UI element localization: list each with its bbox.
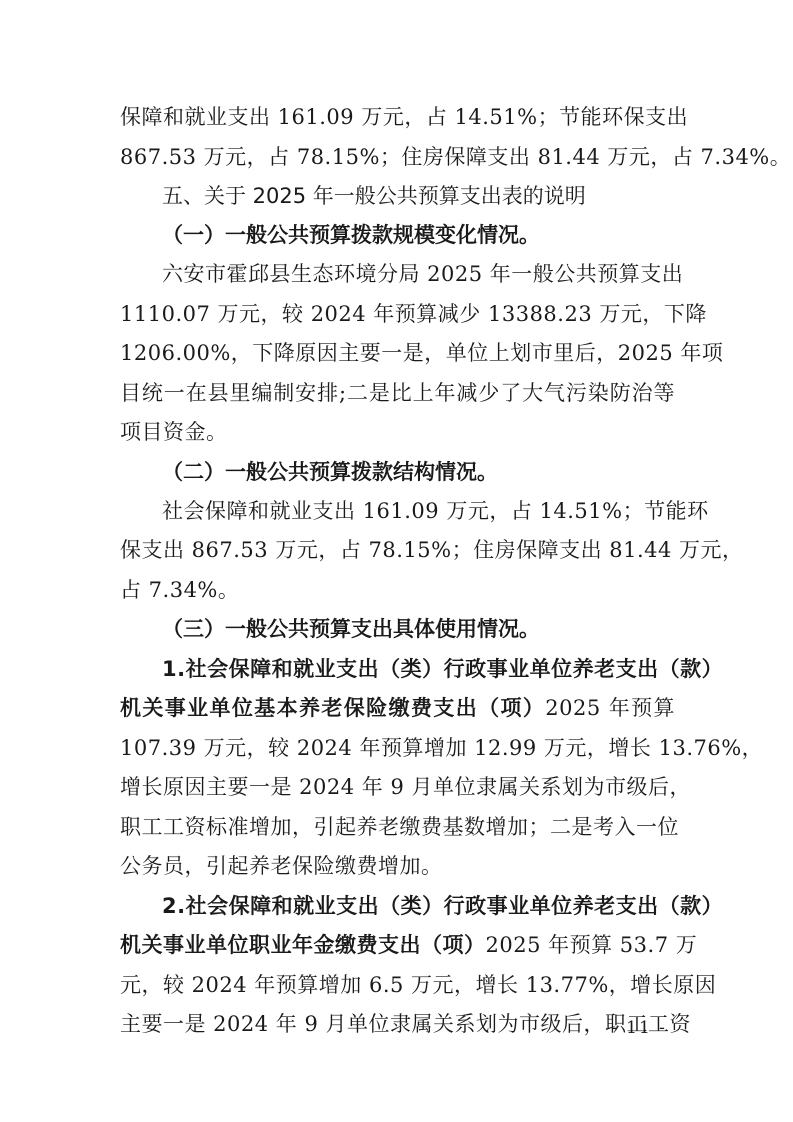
subsection-heading: （一）一般公共预算拨款规模变化情况。 bbox=[162, 220, 540, 250]
item-heading: 1.社会保障和就业支出（类）行政事业单位养老支出（款） bbox=[162, 654, 675, 684]
page-number: - 11 - bbox=[611, 1016, 667, 1040]
paragraph-line: 目统一在县里编制安排;二是比上年减少了大气污染防治等 bbox=[120, 378, 675, 408]
paragraph-line: 占 7.34%。 bbox=[120, 575, 675, 605]
subsection-heading: （三）一般公共预算支出具体使用情况。 bbox=[162, 614, 540, 644]
item-heading-continued: 机关事业单位基本养老保险缴费支出（项） bbox=[120, 696, 545, 720]
budget-text: 2025 年预算 bbox=[545, 696, 675, 720]
paragraph-line: 项目资金。 bbox=[120, 417, 675, 447]
paragraph-line: 公务员，引起养老保险缴费增加。 bbox=[120, 851, 675, 881]
paragraph-line: 保支出 867.53 万元，占 78.15%；住房保障支出 81.44 万元， bbox=[120, 535, 675, 565]
paragraph-line: 1206.00%，下降原因主要一是，单位上划市里后，2025 年项 bbox=[120, 338, 675, 368]
paragraph-line: 保障和就业支出 161.09 万元，占 14.51%；节能环保支出 bbox=[120, 102, 675, 132]
item-heading-continued: 机关事业单位职业年金缴费支出（项） bbox=[120, 933, 486, 957]
section-heading: 五、关于 2025 年一般公共预算支出表的说明 bbox=[162, 181, 586, 211]
paragraph-line: 107.39 万元，较 2024 年预算增加 12.99 万元，增长 13.76… bbox=[120, 733, 675, 763]
item-heading: 2.社会保障和就业支出（类）行政事业单位养老支出（款） bbox=[162, 891, 675, 921]
paragraph-line: 元，较 2024 年预算增加 6.5 万元，增长 13.77%，增长原因 bbox=[120, 970, 675, 1000]
paragraph-line: 六安市霍邱县生态环境分局 2025 年一般公共预算支出 bbox=[162, 259, 675, 289]
paragraph-line: 867.53 万元，占 78.15%；住房保障支出 81.44 万元，占 7.3… bbox=[120, 142, 675, 172]
paragraph-line: 1110.07 万元，较 2024 年预算减少 13388.23 万元，下降 bbox=[120, 299, 675, 329]
subsection-heading: （二）一般公共预算拨款结构情况。 bbox=[162, 457, 498, 487]
paragraph-line: 社会保障和就业支出 161.09 万元，占 14.51%；节能环 bbox=[162, 496, 675, 526]
paragraph-line: 职工工资标准增加，引起养老缴费基数增加；二是考入一位 bbox=[120, 812, 675, 842]
budget-text: 2025 年预算 53.7 万 bbox=[486, 933, 698, 957]
paragraph-line: 增长原因主要一是 2024 年 9 月单位隶属关系划为市级后， bbox=[120, 772, 675, 802]
paragraph-line: 机关事业单位基本养老保险缴费支出（项）2025 年预算 bbox=[120, 693, 675, 723]
paragraph-line: 机关事业单位职业年金缴费支出（项）2025 年预算 53.7 万 bbox=[120, 930, 675, 960]
document-page: 保障和就业支出 161.09 万元，占 14.51%；节能环保支出 867.53… bbox=[0, 0, 793, 1122]
paragraph-line: 主要一是 2024 年 9 月单位隶属关系划为市级后，职工工资 bbox=[120, 1009, 675, 1039]
